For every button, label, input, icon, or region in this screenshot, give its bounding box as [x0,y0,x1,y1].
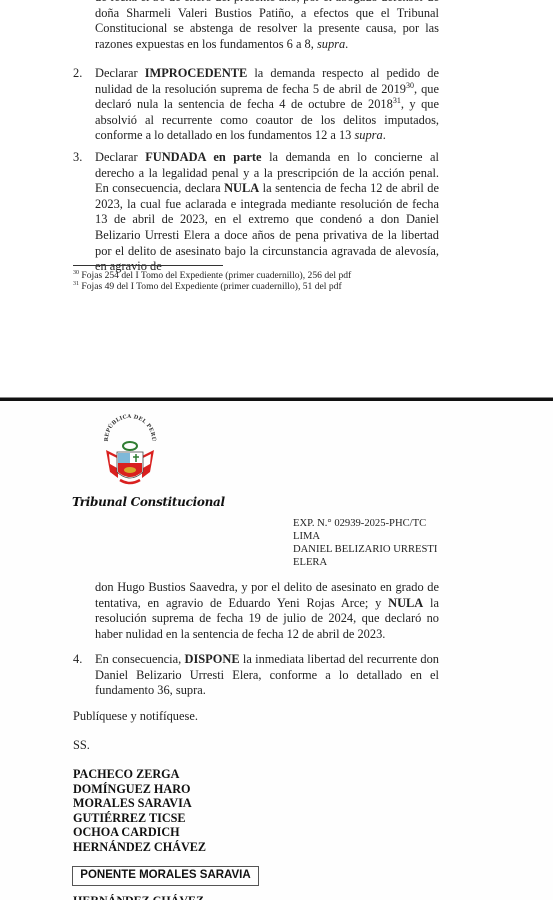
ruling-keyword: NULA [388,596,423,610]
peru-coat-of-arms-icon: REPÚBLICA DEL PERÚ [100,410,160,490]
item-1-line: Constitucional se abstenga de resolver l… [95,21,439,37]
magistrates-list: PACHECO ZERGA DOMÍNGUEZ HARO MORALES SAR… [73,767,206,855]
magistrate-name: GUTIÉRREZ TICSE [73,811,206,826]
footnote-ref-31[interactable]: 31 [393,96,401,105]
case-party: DANIEL BELIZARIO URRESTI [293,543,437,556]
item-1-line: de fecha el 30 de enero del presente año… [95,0,439,6]
item-3-continuation: don Hugo Bustios Saavedra, y por el deli… [95,580,439,642]
item-3-text: Declarar FUNDADA en parte la demanda en … [95,150,439,275]
resolution-item-2: 2. Declarar IMPROCEDENTE la demanda resp… [73,66,439,144]
ruling-keyword: NULA [224,181,259,195]
ruling-keyword: FUNDADA en parte [145,150,261,164]
case-party-cont: ELERA [293,556,437,569]
case-location: LIMA [293,530,437,543]
salutation: SS. [73,738,90,754]
item-2-text: Declarar IMPROCEDENTE la demanda respect… [95,66,439,144]
document-page-1: de fecha el 30 de enero del presente año… [0,0,553,397]
footnote-ref-30[interactable]: 30 [406,80,414,89]
footnote-31: 31 Fojas 49 del I Tomo del Expediente (p… [73,281,351,292]
footnote-30: 30 Fojas 254 del I Tomo del Expediente (… [73,270,351,281]
ponente-box: PONENTE MORALES SARAVIA [72,866,259,886]
svg-text:REPÚBLICA DEL PERÚ: REPÚBLICA DEL PERÚ [104,414,158,442]
item-4-text: En consecuencia, DISPONE la inmediata li… [95,652,439,699]
magistrate-name: MORALES SARAVIA [73,796,206,811]
magistrate-name: OCHOA CARDICH [73,825,206,840]
case-reference: EXP. N.° 02939-2025-PHC/TC LIMA DANIEL B… [293,517,437,569]
magistrate-name: HERNÁNDEZ CHÁVEZ [73,840,206,855]
cutoff-signature: HERNÁNDEZ CHÁVEZ [73,894,204,900]
item-number: 2. [73,66,82,82]
item-1-last-line: razones expuestas en los fundamentos 6 a… [95,37,439,53]
footnote-separator [73,265,223,266]
magistrate-name: PACHECO ZERGA [73,767,206,782]
item-number: 4. [73,652,82,668]
item-1-continuation: de fecha el 30 de enero del presente año… [95,0,439,52]
institution-name: Tribunal Constitucional [72,495,225,509]
resolution-item-3: 3. Declarar FUNDADA en parte la demanda … [73,150,439,275]
closing-formula: Publíquese y notifíquese. [73,709,198,725]
case-number: EXP. N.° 02939-2025-PHC/TC [293,517,437,530]
item-1-line: doña Sharmeli Valeri Bustios Patiño, a e… [95,6,439,22]
ruling-keyword: IMPROCEDENTE [145,66,248,80]
magistrate-name: DOMÍNGUEZ HARO [73,782,206,797]
resolution-item-4: 4. En consecuencia, DISPONE la inmediata… [73,652,439,699]
footnotes: 30 Fojas 254 del I Tomo del Expediente (… [73,270,351,293]
item-number: 3. [73,150,82,166]
ruling-keyword: DISPONE [185,652,240,666]
